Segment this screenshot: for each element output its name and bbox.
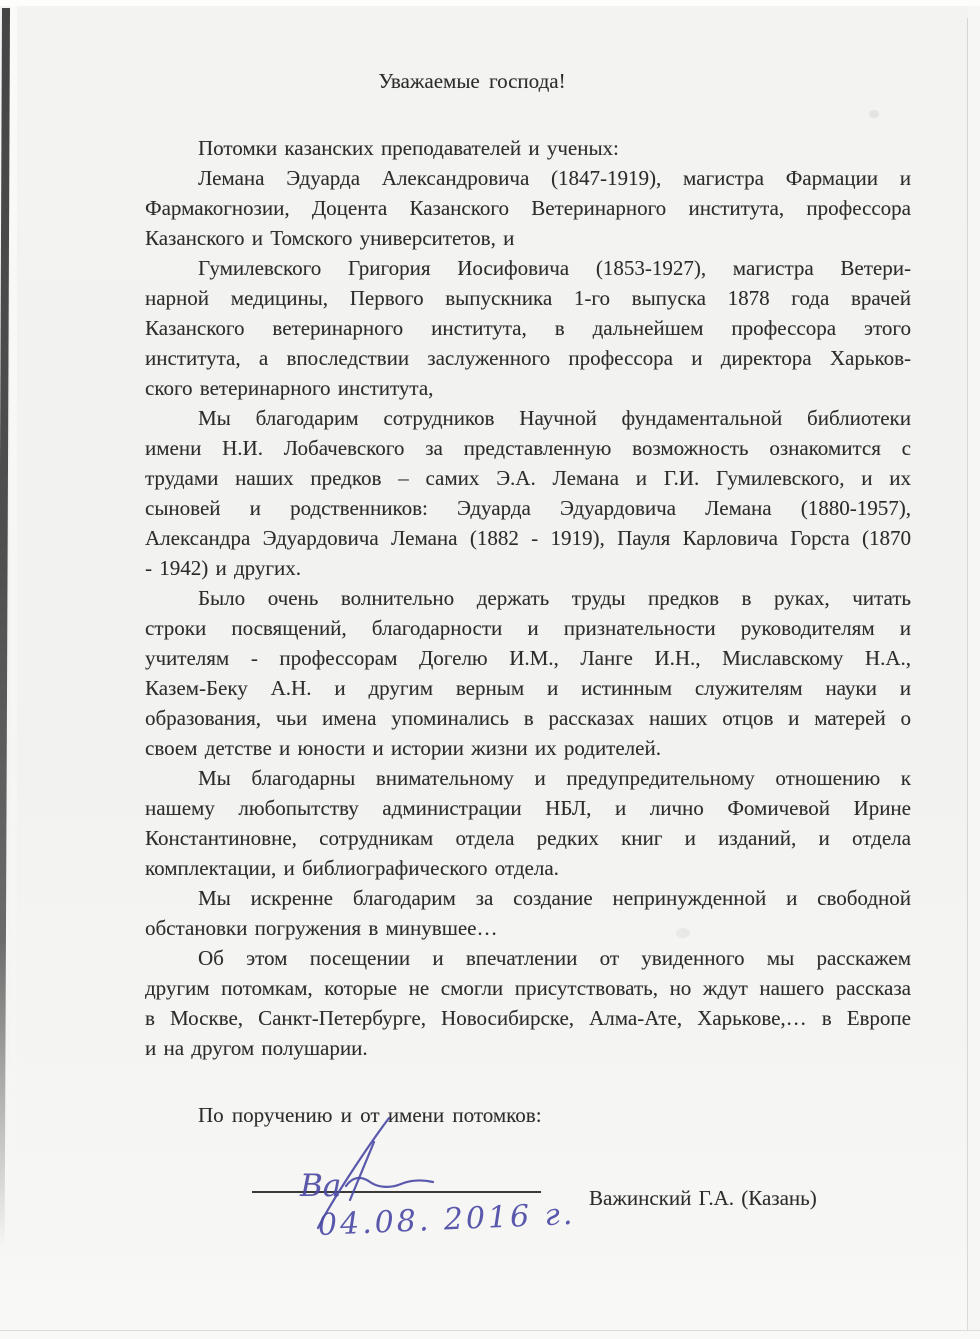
paragraph-line: ского ветеринарного института,	[145, 373, 911, 403]
paragraph-line: Мы искренне благодарим за создание непри…	[145, 883, 911, 913]
paragraph-line: - 1942) и других.	[145, 553, 911, 583]
paragraph: Мы искренне благодарим за создание непри…	[145, 883, 911, 943]
paragraph-line: нарной медицины, Первого выпускника 1-го…	[145, 283, 911, 313]
paragraph-line: Константиновне, сотрудникам отдела редки…	[145, 823, 911, 853]
paragraph-line: имени Н.И. Лобачевского за представленну…	[145, 433, 911, 463]
paragraph-line: Было очень волнительно держать труды пре…	[145, 583, 911, 613]
paragraph-line: трудами наших предков – самих Э.А. Леман…	[145, 463, 911, 493]
paragraph: Об этом посещении и впечатлении от увиде…	[145, 943, 911, 1063]
paragraph-line: Потомки казанских преподавателей и учены…	[145, 133, 911, 163]
paragraph-line: комплектации, и библиографического отдел…	[145, 853, 911, 883]
paragraph-line: Мы благодарны внимательному и предупреди…	[145, 763, 911, 793]
scan-left-paper-edge	[10, 6, 17, 1256]
paragraph-line: сыновей и родственников: Эдуарда Эдуардо…	[145, 493, 911, 523]
scan-top-edge	[0, 0, 980, 6]
paragraph-line: в Москве, Санкт-Петербурге, Новосибирске…	[145, 1003, 911, 1033]
paragraph-line: своем детстве и юности и истории жизни и…	[145, 733, 911, 763]
paragraph-line: нашему любопытству администрации НБЛ, и …	[145, 793, 911, 823]
paragraph-line: Гумилевского Григория Иосифовича (1853-1…	[145, 253, 911, 283]
scan-bottom-band	[0, 1331, 980, 1339]
paragraph: Лемана Эдуарда Александровича (1847-1919…	[145, 163, 911, 253]
signature-second-stroke	[350, 1142, 374, 1200]
paragraph-line: Лемана Эдуарда Александровича (1847-1919…	[145, 163, 911, 193]
scan-right-band	[968, 6, 980, 1339]
paragraph-line: другим потомкам, которые не смогли прису…	[145, 973, 911, 1003]
paragraph-line: обстановки погружения в минувшее…	[145, 913, 911, 943]
paragraph-line: Казанского и Томского университетов, и	[145, 223, 911, 253]
scanned-letter-page: Уважаемые господа! Потомки казанских пре…	[0, 0, 980, 1339]
paragraph-line: института, а впоследствии заслуженного п…	[145, 343, 911, 373]
salutation-text: Уважаемые господа!	[378, 69, 565, 93]
paragraph-line: Казанского ветеринарного института, в да…	[145, 313, 911, 343]
closing-line: По поручению и от имени потомков:	[145, 1100, 911, 1130]
paragraph-line: Фармакогнозии, Доцента Казанского Ветери…	[145, 193, 911, 223]
paragraph-line: Казем-Беку А.Н. и другим верным и истинн…	[145, 673, 911, 703]
letter-body: Потомки казанских преподавателей и учены…	[145, 133, 911, 1063]
paragraph: Мы благодарим сотрудников Научной фундам…	[145, 403, 911, 583]
paragraph-line: учителям - профессорам Догелю И.М., Ланг…	[145, 643, 911, 673]
scan-left-edge-shadow	[0, 8, 10, 1248]
signature-name: Важинский Г.А. (Казань)	[589, 1183, 817, 1213]
paragraph-line: и на другом полушарии.	[145, 1033, 911, 1063]
paragraph-line: Об этом посещении и впечатлении от увиде…	[145, 943, 911, 973]
scan-smudge	[869, 110, 879, 118]
paragraph-line: образования, чьи имена упоминались в рас…	[145, 703, 911, 733]
salutation: Уважаемые господа!	[145, 66, 911, 96]
paragraph-line: Мы благодарим сотрудников Научной фундам…	[145, 403, 911, 433]
paragraph: Мы благодарны внимательному и предупреди…	[145, 763, 911, 883]
paragraph: Было очень волнительно держать труды пре…	[145, 583, 911, 763]
paragraph: Гумилевского Григория Иосифовича (1853-1…	[145, 253, 911, 403]
scan-right-edge-line	[967, 18, 968, 1339]
paragraph-line: строки посвящений, благодарности и призн…	[145, 613, 911, 643]
paragraph: Потомки казанских преподавателей и учены…	[145, 133, 911, 163]
paragraph-line: Александра Эдуардовича Лемана (1882 - 19…	[145, 523, 911, 553]
